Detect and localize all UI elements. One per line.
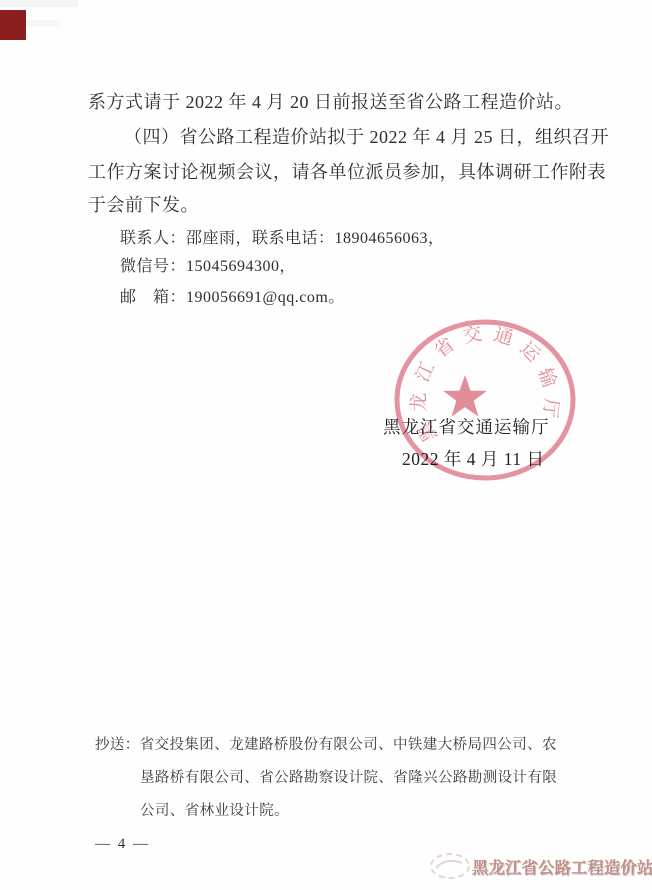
seal-star-icon bbox=[443, 375, 487, 417]
corner-red-mark bbox=[0, 10, 26, 40]
contact-person-line: 联系人：邵座雨，联系电话：18904656063， bbox=[120, 225, 445, 248]
footer-brand-watermark: 黑龙江省公路工程造价站 bbox=[472, 855, 652, 878]
email-line: 邮 箱：190056691@qq.com。 bbox=[120, 284, 345, 307]
cc-line: 公司、省林业设计院。 bbox=[140, 799, 289, 820]
body-line: （四）省公路工程造价站拟于 2022 年 4 月 25 日，组织召开 bbox=[124, 123, 609, 149]
body-line: 工作方案讨论视频会议，请各单位派员参加，具体调研工作附表 bbox=[88, 158, 606, 184]
cost-station-logo-icon bbox=[428, 851, 472, 881]
body-line: 系方式请于 2022 年 4 月 20 日前报送至省公路工程造价站。 bbox=[88, 88, 573, 114]
scanned-document-page: 系方式请于 2022 年 4 月 20 日前报送至省公路工程造价站。 （四）省公… bbox=[0, 0, 652, 890]
body-line: 于会前下发。 bbox=[88, 191, 199, 217]
cc-line: 垦路桥有限公司、省公路勘察设计院、省隆兴公路勘测设计有限 bbox=[140, 766, 557, 787]
official-seal: 黑龙江省交通运输厅 bbox=[385, 314, 585, 489]
scan-artifact-strip bbox=[0, 0, 78, 7]
page-number: — 4 — bbox=[95, 836, 150, 853]
wechat-line: 微信号：15045694300， bbox=[120, 253, 296, 276]
cc-line: 抄送：省交投集团、龙建路桥股份有限公司、中铁建大桥局四公司、农 bbox=[95, 733, 557, 754]
